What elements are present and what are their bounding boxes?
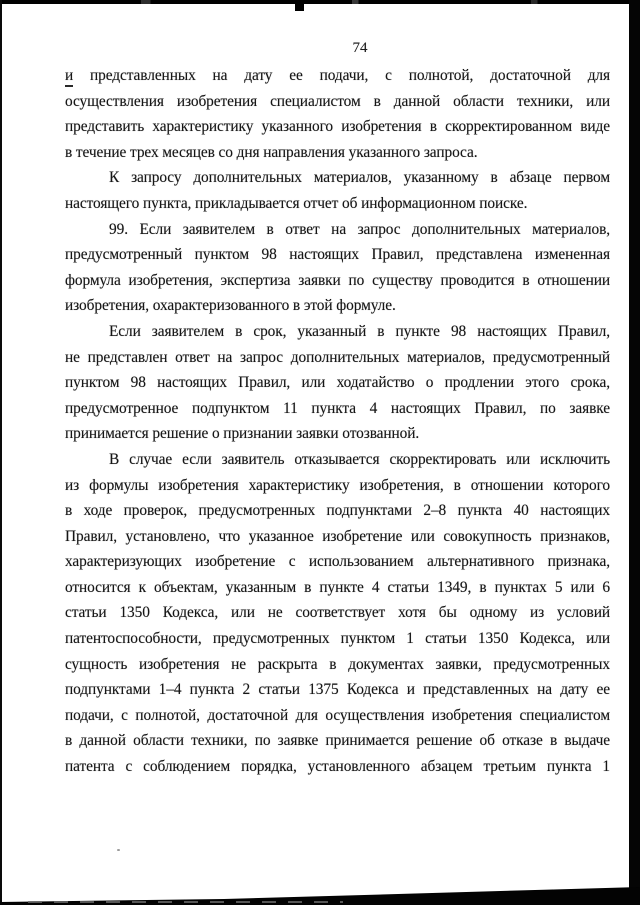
text-line: в течение трех месяцев со дня направлени…: [65, 140, 610, 166]
text-line: из формулы изобретения характеристику из…: [65, 473, 610, 499]
text-line: в данной области техники, по заявке прин…: [65, 728, 610, 754]
scan-artifact-dashes: [28, 901, 343, 903]
text-line: характеризующих изобретение с использова…: [65, 549, 610, 575]
text-line: и представленных на дату ее подачи, с по…: [65, 63, 610, 89]
text-line: предусмотренный пунктом 98 настоящих Пра…: [65, 242, 610, 268]
text-line: предусмотренное подпунктом 11 пункта 4 н…: [65, 396, 610, 422]
text-line: настоящего пункта, прикладывается отчет …: [65, 191, 610, 217]
text-line: представить характеристику указанного из…: [65, 114, 610, 140]
text-line: не представлен ответ на запрос дополните…: [65, 345, 610, 371]
scan-border-top: [0, 0, 640, 4]
text-line: 99. Если заявителем в ответ на запрос до…: [65, 217, 610, 243]
text-line: формула изобретения, экспертиза заявки п…: [65, 268, 610, 294]
text-line: подачи, с полнотой, достаточной для осущ…: [65, 703, 610, 729]
scan-artifact-speck: [117, 849, 120, 851]
text-line: В случае если заявитель отказывается ско…: [65, 447, 610, 473]
text-line: К запросу дополнительных материалов, ука…: [65, 165, 610, 191]
scan-border-right: [629, 0, 640, 905]
text-line: статьи 1350 Кодекса, или не соответствуе…: [65, 600, 610, 626]
text-line: патента с соблюдением порядка, установле…: [65, 754, 610, 780]
text-line: Если заявителем в срок, указанный в пунк…: [65, 319, 610, 345]
text-line: пунктом 98 настоящих Правил, или ходатай…: [65, 370, 610, 396]
text-line: осуществления изобретения специалистом в…: [65, 89, 610, 115]
scan-artifact-tick: [295, 0, 304, 11]
text-line: в ходе проверок, предусмотренных подпунк…: [65, 498, 610, 524]
text-line: подпунктами 1–4 пункта 2 статьи 1375 Код…: [65, 677, 610, 703]
text-line: принимается решение о признании заявки о…: [65, 421, 610, 447]
scanned-document-page: 74 и представленных на дату ее подачи, с…: [0, 0, 640, 905]
text-line: относится к объектам, указанным в пункте…: [65, 575, 610, 601]
document-text: и представленных на дату ее подачи, с по…: [65, 63, 610, 780]
text-line: изобретения, охарактеризованного в этой …: [65, 293, 610, 319]
text-line: патентоспособности, предусмотренных пунк…: [65, 626, 610, 652]
text-line: сущность изобретения не раскрыта в докум…: [65, 652, 610, 678]
page-number: 74: [330, 40, 390, 57]
scan-border-left: [0, 0, 2, 905]
text-line: Правил, установлено, что указанное изобр…: [65, 524, 610, 550]
underlined-char: и: [65, 67, 73, 87]
